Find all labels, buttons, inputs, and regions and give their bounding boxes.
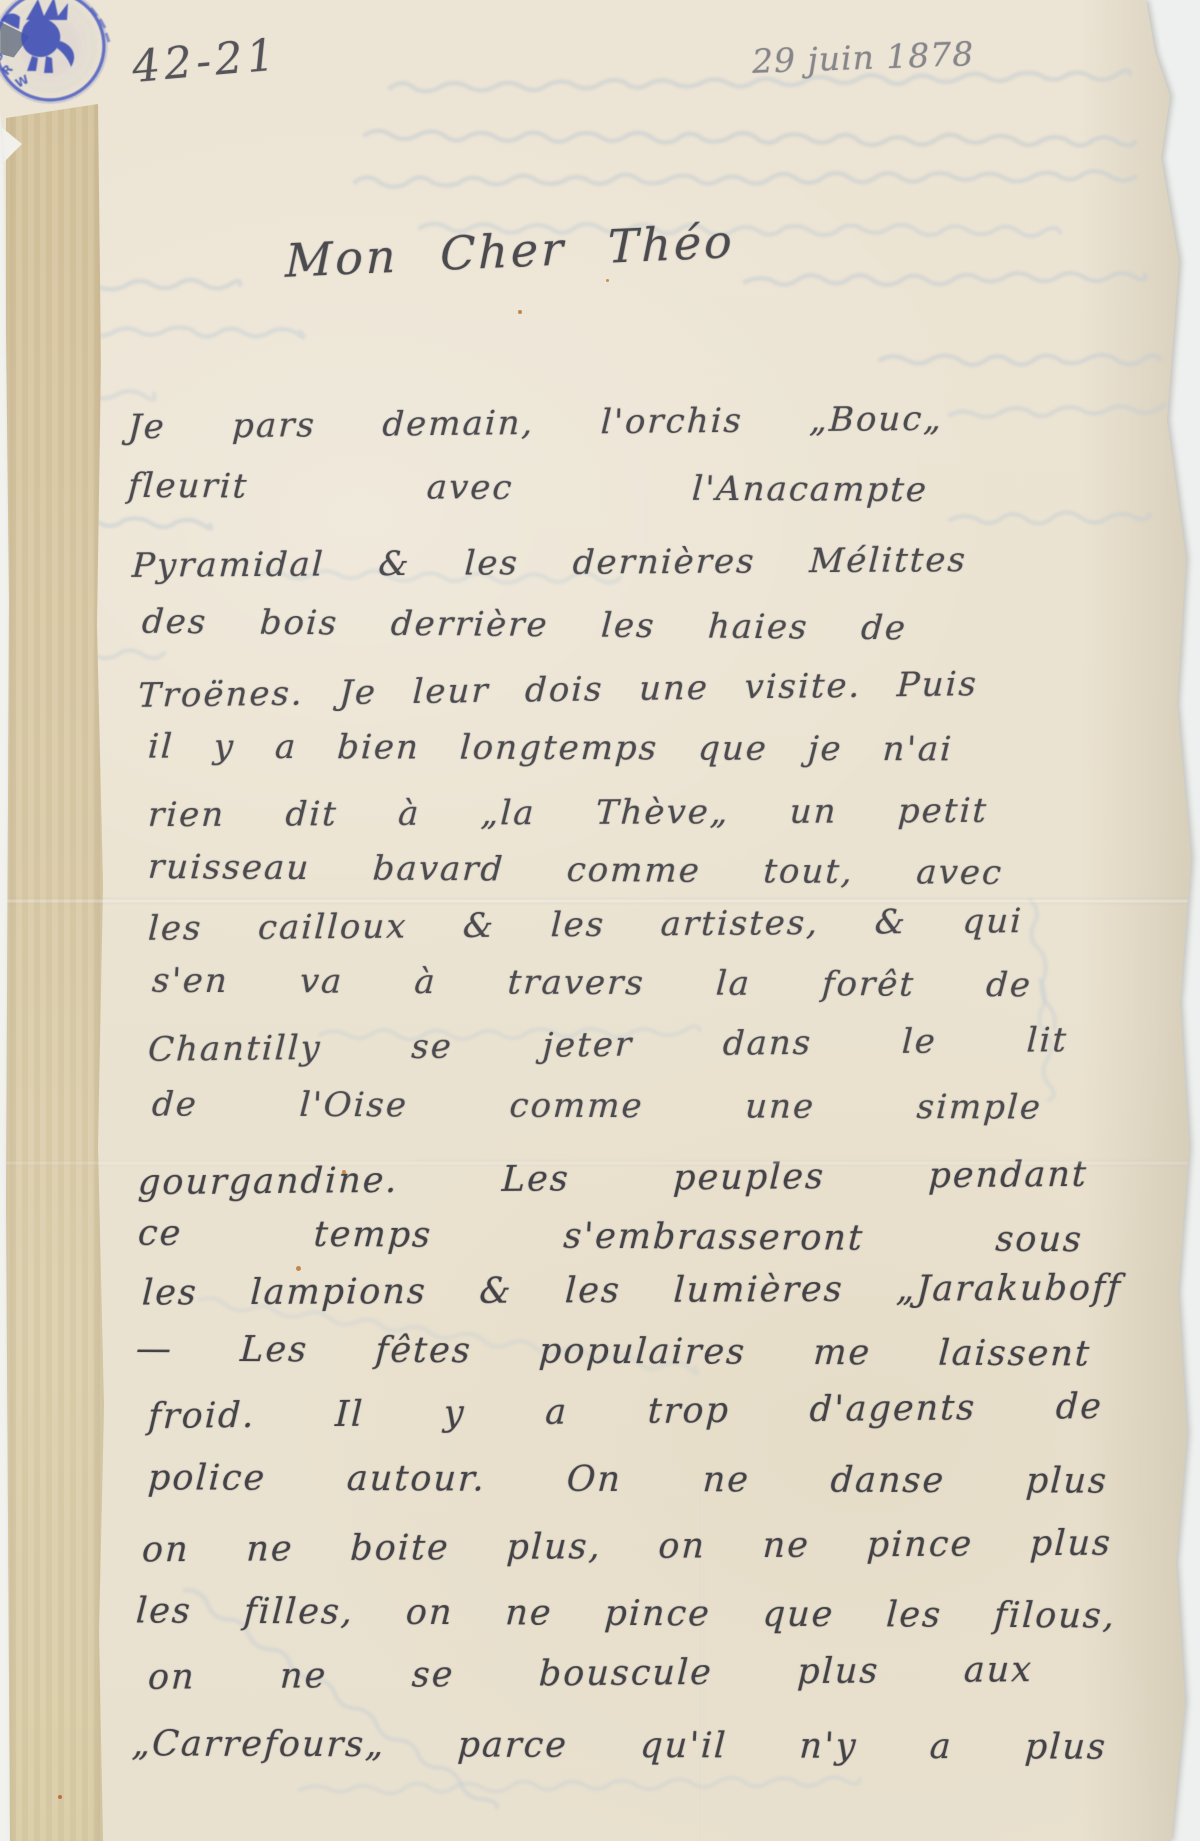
letter-line: on ne boite plus, on ne pince plus	[141, 1525, 1113, 1570]
letter-line: fleurit avec l'Anacampte	[127, 468, 929, 510]
scanned-letter-page: S R W 42-21 29 juin 1878 Mon Cher Théo J…	[0, 0, 1200, 1841]
letter-line: Je pars demain, l'orchis „Bouc„	[127, 401, 944, 447]
letter-line: les lampions & les lumières „Jarakuboff	[141, 1269, 1123, 1313]
letter-line: des bois derrière les haies de	[141, 604, 908, 648]
letter-line: — Les fêtes populaires me laissent	[135, 1331, 1092, 1374]
letter-line: rien dit à „la Thève„ un petit	[147, 793, 989, 835]
paper-sheet: S R W 42-21 29 juin 1878 Mon Cher Théo J…	[0, 0, 1200, 1841]
letter-line: il y a bien longtemps que je n'ai	[147, 729, 954, 769]
letter-line: s'en va à travers la forêt de	[151, 963, 1033, 1005]
foxing-spot	[606, 279, 609, 282]
letter-line: les filles, on ne pince que les filous,	[135, 1592, 1117, 1636]
letter-line: „Carrefours„ parce qu'il n'y a plus	[131, 1725, 1108, 1767]
mounting-tape-strip	[4, 104, 108, 1841]
foxing-spot	[296, 1266, 301, 1271]
letter-line: on ne se bouscule plus aux	[147, 1651, 1034, 1697]
letter-date: 29 juin 1878	[751, 34, 974, 81]
paper-sheet-wrap: S R W 42-21 29 juin 1878 Mon Cher Théo J…	[0, 0, 1200, 1841]
blue-griffin-stamp-icon: S R W	[0, 0, 128, 126]
letter-line: ce temps s'embrasseront sous	[137, 1215, 1084, 1260]
letter-line: ruisseau bavard comme tout, avec	[147, 849, 1004, 892]
letter-line: de l'Oise comme une simple	[151, 1086, 1043, 1126]
foxing-spot	[342, 1170, 346, 1174]
letter-line: les cailloux & les artistes, & qui	[147, 903, 1024, 948]
letter-line: police autour. On ne danse plus	[147, 1459, 1109, 1501]
foxing-spot	[58, 1795, 62, 1799]
vertical-fold-crease	[700, 1480, 704, 1841]
horizontal-fold-crease	[0, 1160, 1200, 1166]
letter-line: Pyramidal & les dernières Mélittes	[131, 542, 968, 585]
horizontal-fold-crease	[0, 898, 1200, 904]
foxing-spot	[518, 310, 522, 314]
